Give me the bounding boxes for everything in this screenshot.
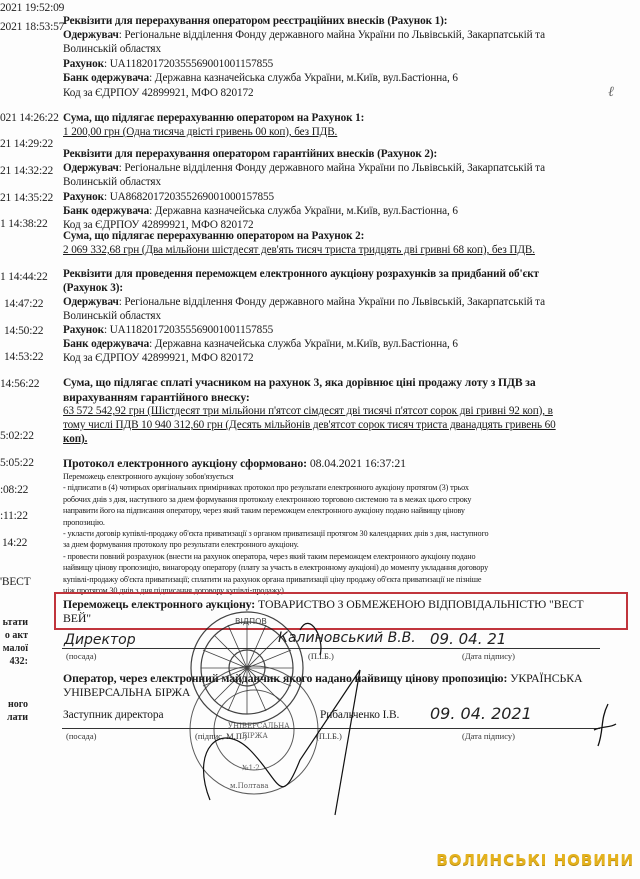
obligation-line: за днем формування протоколу про результ…	[63, 539, 299, 550]
iban-value: : UA118201720355569001001157855	[104, 58, 273, 70]
svg-text:БІРЖА: БІРЖА	[242, 732, 268, 740]
protocol-datetime: 08.04.2021 16:37:21	[307, 456, 406, 470]
protocol-line: Протокол електронного аукціону сформован…	[63, 457, 406, 470]
margin-timestamp: :08:22	[0, 484, 28, 496]
field-label: Одержувач	[63, 162, 119, 174]
field-label: Рахунок	[63, 324, 104, 336]
obligation-line: найвищу цінову пропозицію, винагороду оп…	[63, 562, 488, 573]
margin-word: малої	[3, 643, 28, 654]
sum-value: 2 069 332,68 грн (Два мільйони шістдесят…	[63, 244, 535, 257]
margin-timestamp: 21 14:35:22	[0, 192, 53, 204]
obligation-line: пропозицію.	[63, 517, 105, 528]
obligation-line: - підписати в (4) чотирьох оригінальних …	[63, 482, 469, 493]
margin-timestamp: 14:50:22	[4, 325, 43, 337]
field-label: Рахунок	[63, 58, 104, 70]
handwritten-position: Директор	[64, 632, 136, 648]
sum-heading: Сума, що підлягає перерахуванню оператор…	[63, 112, 364, 125]
recipient-line: Одержувач: Регіональне відділення Фонду …	[63, 29, 545, 42]
svg-text:ВІДПОВ: ВІДПОВ	[235, 617, 267, 626]
bank-line: Банк одержувача: Державна казначейська с…	[63, 338, 458, 351]
handwritten-date: 09. 04. 2021	[430, 704, 532, 723]
margin-timestamp: 5:02:22	[0, 430, 34, 442]
watermark-logo: ВОЛИНСЬКІ НОВИНИ	[436, 851, 634, 869]
margin-timestamp: 1 14:38:22	[0, 218, 48, 230]
iban-value: : UA118201720355569001001157855	[104, 324, 273, 336]
field-value: : Державна казначейська служба України, …	[149, 338, 458, 350]
recipient-line: Одержувач: Регіональне відділення Фонду …	[63, 162, 545, 175]
winner-name-2: ВЕЙ"	[63, 612, 91, 625]
svg-text:м.Полтава: м.Полтава	[230, 782, 269, 790]
account-line: Рахунок: UA868201720355269001000157855	[63, 191, 274, 204]
margin-timestamp: 21 14:32:22	[0, 165, 53, 177]
obligation-line: направити його на підписання оператору, …	[63, 505, 465, 516]
signature-scribble-icon	[204, 623, 360, 815]
margin-timestamp: 21 14:29:22	[0, 138, 53, 150]
obligation-line: робочих днів з дня, наступного за днем ф…	[63, 494, 471, 505]
account-line: Рахунок: UA118201720355569001001157855	[63, 324, 273, 337]
section-heading-2: (Рахунок 3):	[63, 282, 123, 295]
section-heading: Реквізити для перерахування оператором г…	[63, 148, 437, 161]
section-heading: Реквізити для перерахування оператором р…	[63, 15, 447, 28]
margin-timestamp: :11:22	[0, 510, 28, 522]
bank-line: Банк одержувача: Державна казначейська с…	[63, 72, 458, 85]
caption-position: (посада)	[66, 731, 96, 741]
payment-heading-2: вирахуванням гарантійного внеску:	[63, 391, 250, 404]
protocol-label: Протокол електронного аукціону сформован…	[63, 456, 307, 470]
margin-timestamp: 14:47:22	[4, 298, 43, 310]
margin-word: лати	[7, 712, 28, 723]
field-value: : Державна казначейська служба України, …	[149, 205, 458, 217]
caption-date: (Дата підпису)	[462, 651, 515, 661]
field-label: Банк одержувача	[63, 72, 149, 84]
recipient-line-2: Волинській областях	[63, 310, 161, 323]
operator-position: Заступник директора	[63, 709, 163, 722]
sum-value: 1 200,00 грн (Одна тисяча двісті гривень…	[63, 126, 337, 139]
recipient-line: Одержувач: Регіональне відділення Фонду …	[63, 296, 545, 309]
codes-line: Код за ЄДРПОУ 42899921, МФО 820172	[63, 352, 254, 365]
payment-tail: коп).	[63, 433, 87, 446]
field-label: Одержувач	[63, 296, 119, 308]
margin-timestamp: 14:22	[2, 537, 27, 549]
margin-timestamp: 1 14:44:22	[0, 271, 48, 283]
codes-line: Код за ЄДРПОУ 42899921, МФО 820172	[63, 87, 254, 100]
margin-word: ьтати	[3, 617, 28, 628]
margin-word: 432:	[10, 656, 28, 667]
svg-text:УНІВЕРСАЛЬНА: УНІВЕРСАЛЬНА	[228, 722, 290, 730]
field-label: Одержувач	[63, 29, 119, 41]
recipient-line-2: Волинській областях	[63, 176, 161, 189]
pen-mark: ℓ	[608, 85, 614, 101]
handwritten-date: 09. 04. 21	[430, 630, 506, 648]
caption-position: (посада)	[66, 651, 96, 661]
payment-amount: 63 572 542,92 грн (Шістдесят три мільйон…	[63, 405, 553, 418]
scanned-document-page: 2021 19:52:09 2021 18:53:57 021 14:26:22…	[0, 0, 640, 879]
field-value: : Регіональне відділення Фонду державног…	[119, 296, 545, 308]
field-label: Рахунок	[63, 191, 104, 203]
margin-timestamp: 2021 18:53:57	[0, 21, 64, 33]
winner-seal-icon: ВІДПОВ	[191, 612, 303, 724]
margin-timestamp: 021 14:26:22	[0, 112, 59, 124]
signature-flourish-icon	[590, 700, 620, 750]
margin-timestamp: 'ВЕСТ	[0, 576, 30, 588]
margin-timestamp: 14:56:22	[0, 378, 39, 390]
iban-value: : UA868201720355269001000157855	[104, 191, 274, 203]
recipient-line-2: Волинській областях	[63, 43, 161, 56]
caption-date: (Дата підпису)	[462, 731, 515, 741]
margin-timestamp: 14:53:22	[4, 351, 43, 363]
payment-heading: Сума, що підлягає сплаті учасником на ра…	[63, 376, 536, 389]
field-label: Банк одержувача	[63, 205, 149, 217]
svg-text:№1·2: №1·2	[242, 764, 260, 772]
obligation-line: купівлі-продажу об'єкта приватизації; сп…	[63, 574, 481, 585]
payment-vat: тому числі ПДВ 10 940 312,60 грн (Десять…	[63, 419, 556, 432]
section-heading: Реквізити для проведення переможцем елек…	[63, 268, 539, 281]
field-label: Банк одержувача	[63, 338, 149, 350]
obligation-line: - провести повний розрахунок (внести на …	[63, 551, 475, 562]
field-value: : Державна казначейська служба України, …	[149, 72, 458, 84]
field-value: : Регіональне відділення Фонду державног…	[119, 162, 545, 174]
field-value: : Регіональне відділення Фонду державног…	[119, 29, 545, 41]
seal-stamps: ВІДПОВ УНІВЕРСАЛЬНА БІРЖА №1·2 м.Полтава	[150, 600, 390, 820]
operator-name: УКРАЇНСЬКА	[507, 671, 582, 685]
sum-heading: Сума, що підлягає перерахуванню оператор…	[63, 230, 364, 243]
margin-word: о акт	[5, 630, 28, 641]
obligations-intro: Переможець електронного аукціону зобов'я…	[63, 471, 233, 482]
bank-line: Банк одержувача: Державна казначейська с…	[63, 205, 458, 218]
margin-timestamp: 2021 19:52:09	[0, 2, 64, 14]
margin-word: ного	[8, 699, 28, 710]
obligation-line: - укласти договір купівлі-продажу об'єкт…	[63, 528, 488, 539]
margin-timestamp: 5:05:22	[0, 457, 34, 469]
account-line: Рахунок: UA118201720355569001001157855	[63, 58, 273, 71]
